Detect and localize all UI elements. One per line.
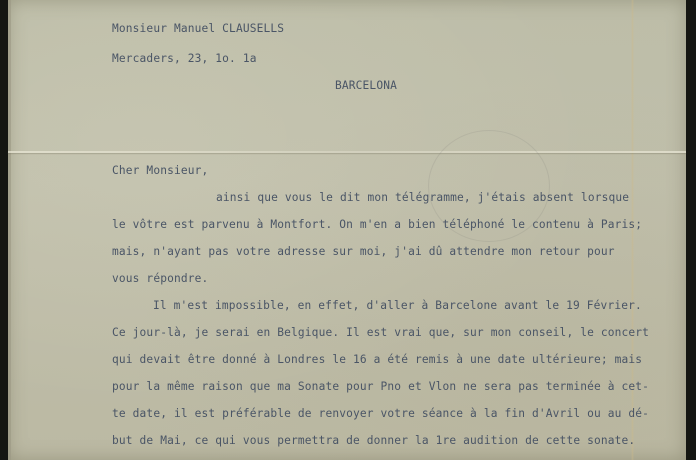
body-line: qui devait être donné à Londres le 16 a … [112,354,642,366]
body-line: Ce jour-là, je serai en Belgique. Il est… [112,327,649,339]
body-line: te date, il est préférable de renvoyer v… [112,408,649,420]
body-line: Il m'est impossible, en effet, d'aller à… [153,300,642,312]
horizontal-fold-line [8,151,686,153]
body-line: pour la même raison que ma Sonate pour P… [112,381,649,393]
body-line: le vôtre est parvenu à Montfort. On m'en… [112,219,642,231]
body-line: vous répondre. [112,273,208,285]
salutation: Cher Monsieur, [112,165,208,177]
letter-page: Monsieur Manuel CLAUSELLS Mercaders, 23,… [8,0,686,460]
body-line: but de Mai, ce qui vous permettra de don… [112,435,635,447]
recipient-street: Mercaders, 23, 1o. 1a [112,53,257,65]
body-line: mais, n'ayant pas votre adresse sur moi,… [112,246,615,258]
paper-edge [8,0,11,460]
recipient-name: Monsieur Manuel CLAUSELLS [112,23,284,35]
body-line: ainsi que vous le dit mon télégramme, j'… [216,192,629,204]
recipient-city: BARCELONA [335,80,397,92]
